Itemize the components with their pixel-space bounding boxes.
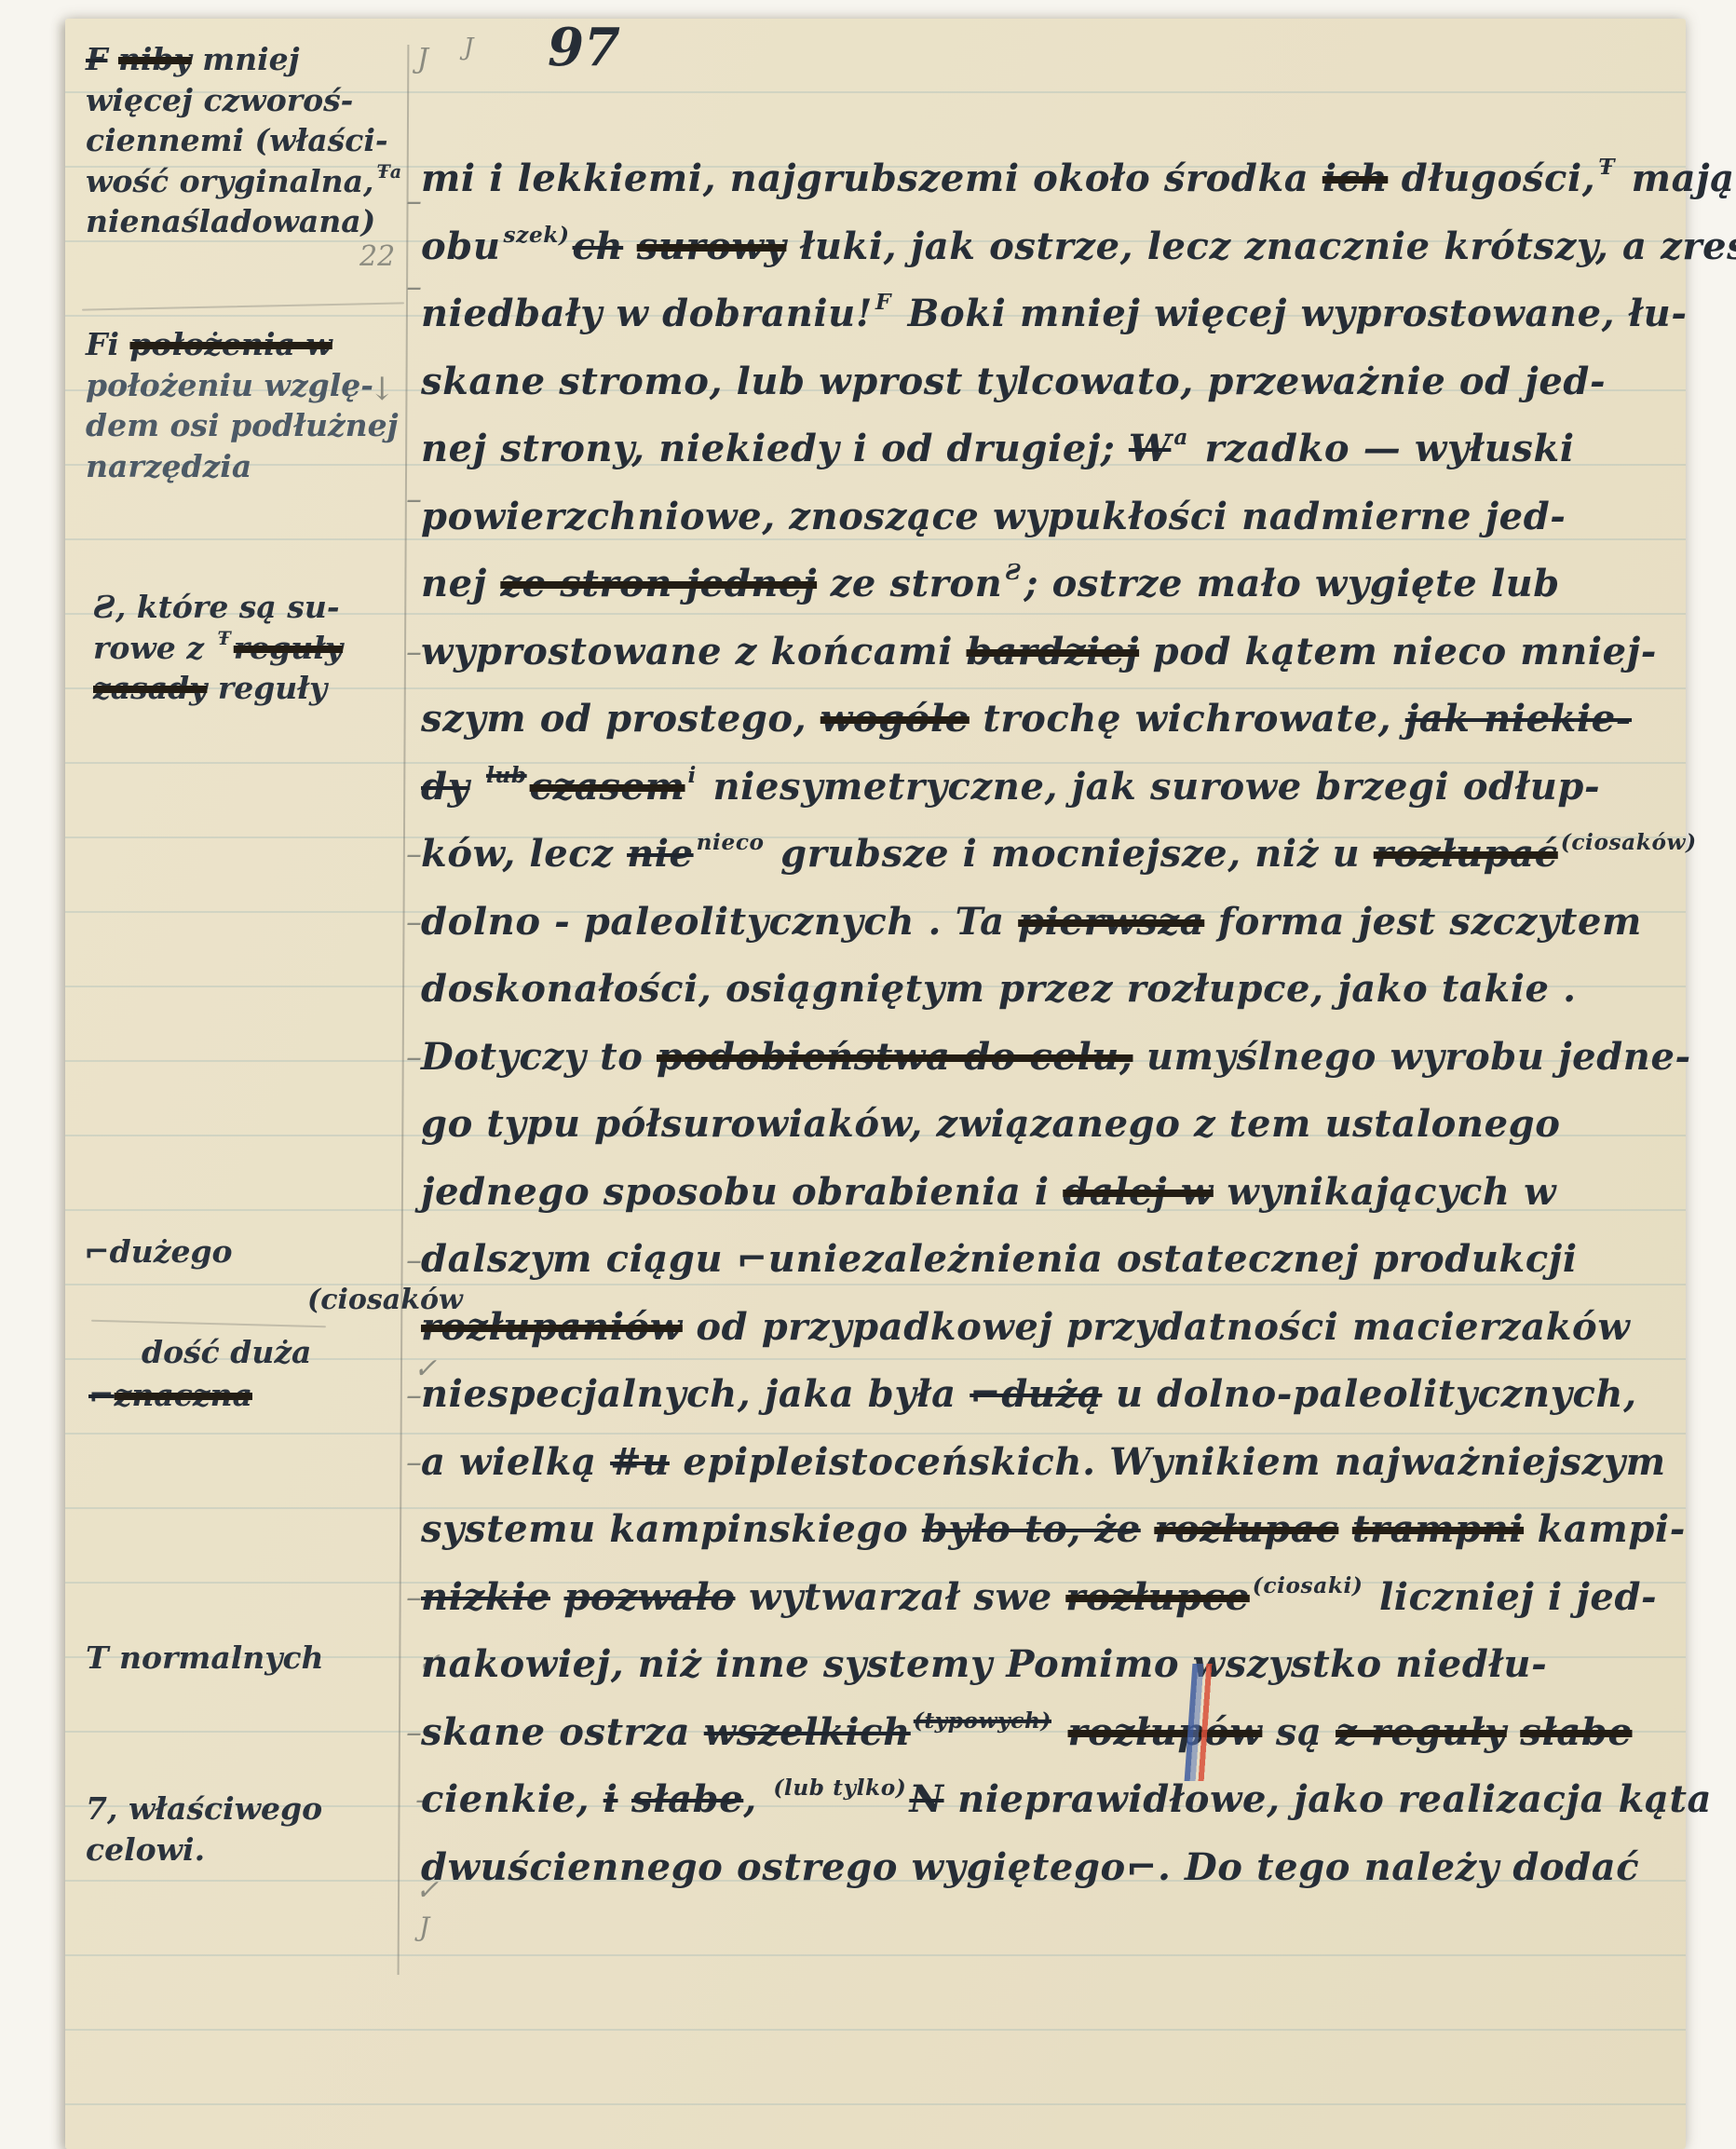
- manuscript-page: [65, 19, 1686, 2149]
- manuscript-photo: 22 JJ––↓––––––✓–––✓––✓J 97 mi i lekkiemi…: [0, 0, 1736, 2149]
